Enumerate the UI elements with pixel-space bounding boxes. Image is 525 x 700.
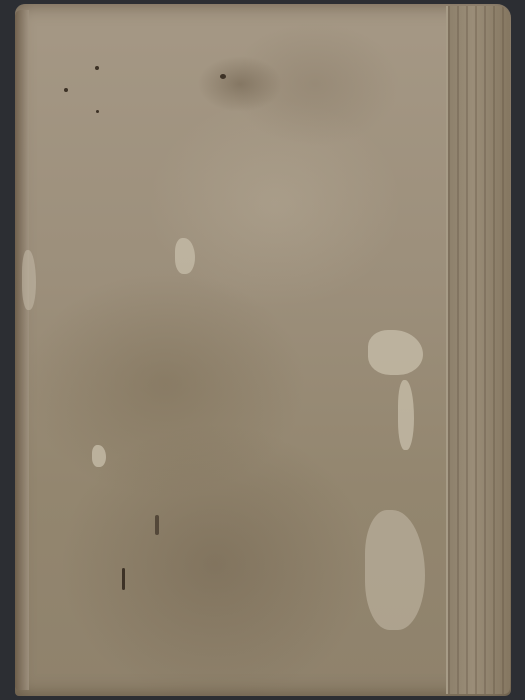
tear-mark bbox=[368, 330, 423, 375]
stain-spot bbox=[95, 66, 99, 70]
tear-mark bbox=[92, 445, 106, 467]
stain-spot bbox=[220, 74, 226, 79]
stain-spot bbox=[96, 110, 99, 113]
stain-spot bbox=[64, 88, 68, 92]
book-spine bbox=[446, 6, 510, 694]
book-cover bbox=[15, 4, 511, 696]
stain-spot bbox=[155, 515, 159, 535]
stain-spot bbox=[122, 568, 125, 590]
cover-left-edge bbox=[15, 10, 29, 690]
tear-mark bbox=[175, 238, 195, 274]
